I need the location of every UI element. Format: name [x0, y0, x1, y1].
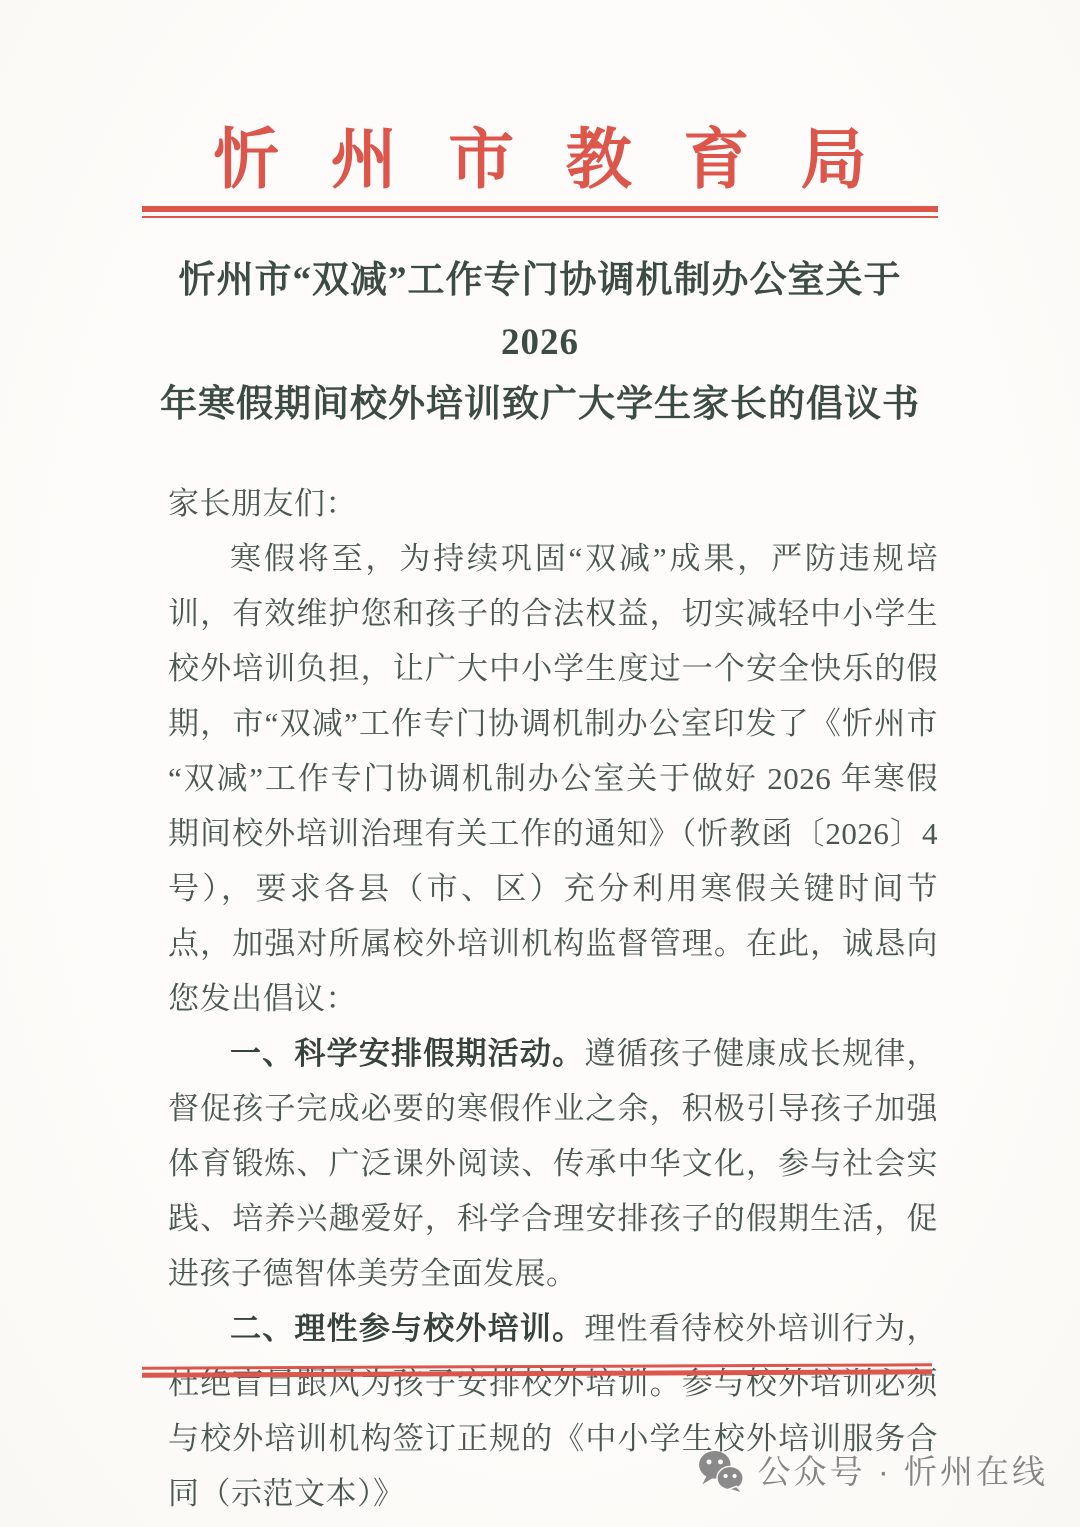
document-title-line-2: 年寒假期间校外培训致广大学生家长的倡议书	[142, 374, 938, 436]
wechat-watermark: 公众号 · 忻州在线	[698, 1450, 1048, 1492]
section-heading: 一、科学安排假期活动。	[230, 1036, 584, 1071]
wechat-account-label: 公众号 · 忻州在线	[758, 1455, 1048, 1488]
agency-name: 忻州市教育局	[213, 124, 918, 197]
document-page: 忻州市教育局 忻州市“双减”工作专门协调机制办公室关于 2026 年寒假期间校外…	[0, 0, 1080, 1527]
section-heading: 二、理性参与校外培训。	[230, 1311, 584, 1346]
agency-letterhead: 忻州市教育局	[142, 126, 938, 195]
document-title-line-1: 忻州市“双减”工作专门协调机制办公室关于 2026	[142, 250, 938, 374]
wechat-icon	[698, 1450, 744, 1492]
letterhead-divider	[142, 206, 938, 218]
body-paragraph: 寒假将至，为持续巩固“双减”成果，严防违规培训，有效维护您和孩子的合法权益，切实…	[168, 531, 938, 1026]
document-title: 忻州市“双减”工作专门协调机制办公室关于 2026 年寒假期间校外培训致广大学生…	[142, 250, 938, 436]
paragraph-text: 寒假将至，为持续巩固“双减”成果，严防违规培训，有效维护您和孩子的合法权益，切实…	[168, 541, 938, 1016]
body-paragraph: 一、科学安排假期活动。遵循孩子健康成长规律，督促孩子完成必要的寒假作业之余，积极…	[168, 1026, 938, 1301]
salutation: 家长朋友们：	[168, 476, 938, 531]
paragraph-text: 遵循孩子健康成长规律，督促孩子完成必要的寒假作业之余，积极引导孩子加强体育锻炼、…	[168, 1036, 938, 1291]
